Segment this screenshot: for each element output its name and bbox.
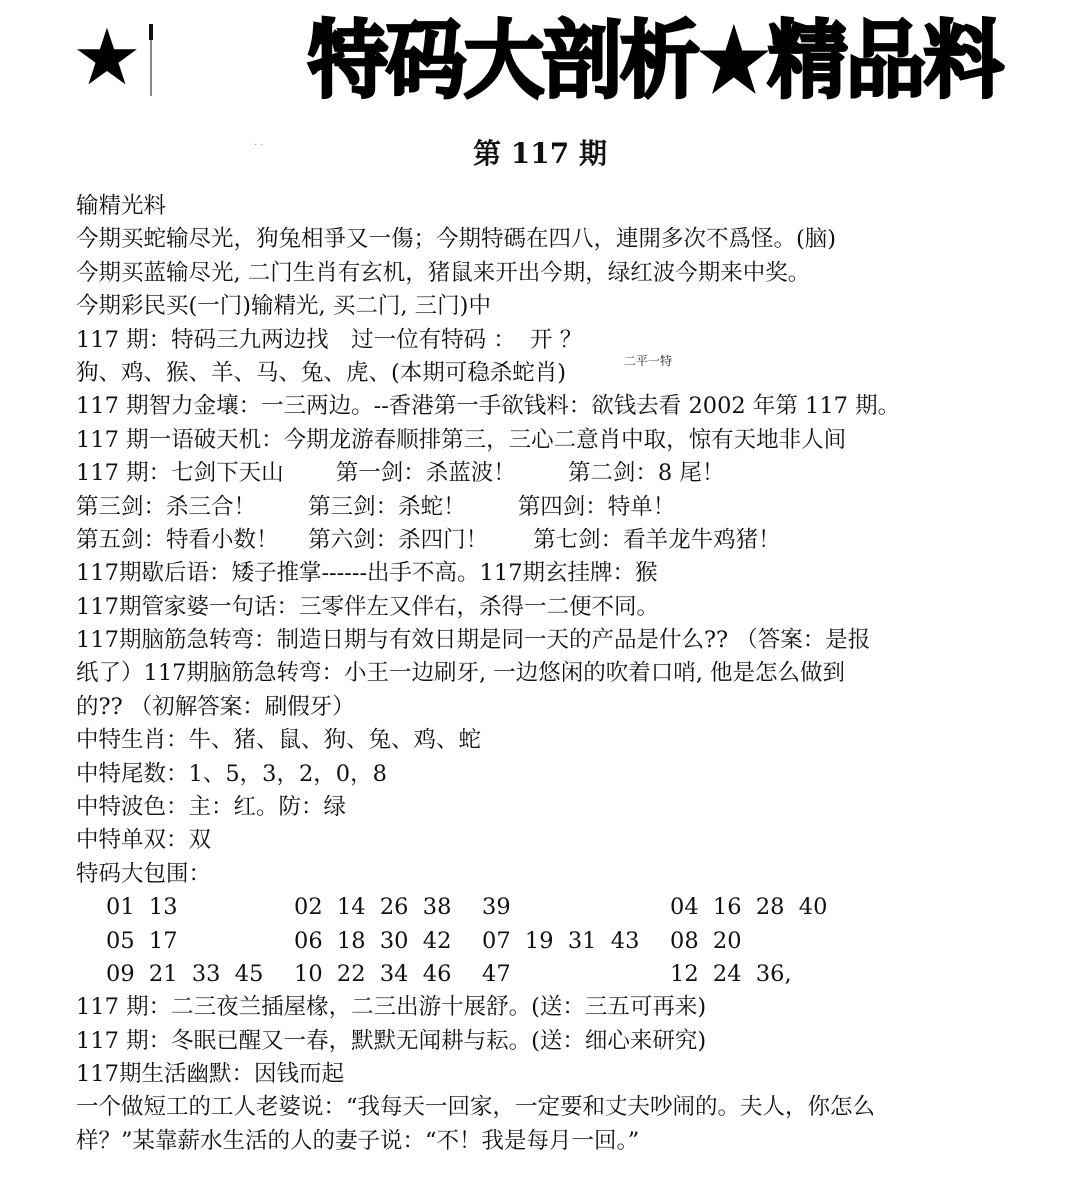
issue-number-heading: 第 117 期: [0, 134, 1080, 174]
text-line: 第五剑：特看小数！ 第六剑：杀四门！ 第七剑：看羊龙牛鸡猪！: [76, 524, 1076, 557]
number-row: 09 21 33 45 10 22 34 46 47 12 24 36,: [76, 958, 1076, 991]
number-grid: 01 13 02 14 26 38 39 04 16 28 40 05 17 0…: [76, 891, 1076, 991]
text-line: 今期买蓝输尽光, 二门生肖有玄机，猪鼠来开出今期，绿红波今期来中奖。: [76, 257, 1076, 290]
main-title: 特码大剖析★精品料: [308, 14, 1002, 108]
text-line: 117期脑筋急转弯：制造日期与有效日期是同一天的产品是什么?? （答案：是报: [76, 624, 1076, 657]
text-line: 117 期：特码三九两边找 过一位有特码 ： 开 ？: [76, 324, 1076, 357]
text-line: 输精光料: [76, 190, 1076, 223]
text-line: 一个做短工的工人老婆说：“我每天一回家，一定要和丈夫吵闹的。夫人，你怎么: [76, 1091, 1076, 1124]
text-line: 117 期：二三夜兰插屋椽，二三出游十展舒。(送：三五可再来): [76, 991, 1076, 1024]
text-line: 117期歇后语：矮子推掌------出手不高。117期玄挂牌：猴: [76, 557, 1076, 590]
number-row: 05 17 06 18 30 42 07 19 31 43 08 20: [76, 925, 1076, 958]
document-header: ★ 特码大剖析★精品料: [0, 0, 1080, 120]
number-group: 07 19 31 43: [482, 925, 639, 958]
text-line: 特码大包围：: [76, 858, 1076, 891]
text-line: 今期买蛇输尽光，狗兔相爭又一傷；今期特碼在四八，連開多次不爲怪。(脑): [76, 223, 1076, 256]
number-group: 04 16 28 40: [670, 891, 827, 924]
text-line: 中特波色：主：红。防：绿: [76, 791, 1076, 824]
text-line: 第三剑：杀三合！ 第三剑：杀蛇！ 第四剑：特单！: [76, 491, 1076, 524]
number-group: 02 14 26 38: [294, 891, 451, 924]
number-group: 47: [482, 958, 511, 991]
number-group: 12 24 36,: [670, 958, 792, 991]
text-line: 今期彩民买(一门)输精光, 买二门, 三门)中: [76, 290, 1076, 323]
number-row: 01 13 02 14 26 38 39 04 16 28 40: [76, 891, 1076, 924]
number-group: 09 21 33 45: [106, 958, 263, 991]
text-line: 中特单双：双: [76, 824, 1076, 857]
text-line: 117 期：七剑下天山 第一剑：杀蓝波！ 第二剑：8 尾！: [76, 457, 1076, 490]
text-line: 117期管家婆一句话：三零伴左又伴右，杀得一二便不同。: [76, 591, 1076, 624]
number-group: 10 22 34 46: [294, 958, 451, 991]
overlay-annotation: 二平一特: [624, 352, 672, 369]
number-group: 39: [482, 891, 511, 924]
text-cursor-artifact: [150, 24, 152, 96]
number-group: 05 17: [106, 925, 178, 958]
text-line: 的?? （初解答案：刷假牙）: [76, 691, 1076, 724]
text-line: 狗、鸡、猴、羊、马、兔、虎、(本期可稳杀蛇肖): [76, 357, 1076, 390]
document-body: 输精光料 今期买蛇输尽光，狗兔相爭又一傷；今期特碼在四八，連開多次不爲怪。(脑)…: [76, 190, 1076, 1158]
text-line: 纸了）117期脑筋急转弯：小王一边刷牙, 一边悠闲的吹着口哨, 他是怎么做到: [76, 657, 1076, 690]
text-line: 117期生活幽默：因钱而起: [76, 1058, 1076, 1091]
text-line: 中特生肖：牛、猪、鼠、狗、兔、鸡、蛇: [76, 724, 1076, 757]
number-group: 06 18 30 42: [294, 925, 451, 958]
text-line: 中特尾数：1、5，3，2，0，8: [76, 758, 1076, 791]
text-line: 117 期智力金壤：一三两边。--香港第一手欲钱料：欲钱去看 2002 年第 1…: [76, 390, 1076, 423]
text-line: 样？”某靠薪水生活的人的妻子说：“不！我是每月一回。”: [76, 1125, 1076, 1158]
text-line: 117 期一语破天机：今期龙游春顺排第三，三心二意肖中取，惊有天地非人间: [76, 424, 1076, 457]
number-group: 08 20: [670, 925, 742, 958]
text-line: 117 期：冬眠已醒又一春，默默无闻耕与耘。(送：细心来研究): [76, 1025, 1076, 1058]
number-group: 01 13: [106, 891, 178, 924]
star-icon: ★: [72, 18, 142, 98]
